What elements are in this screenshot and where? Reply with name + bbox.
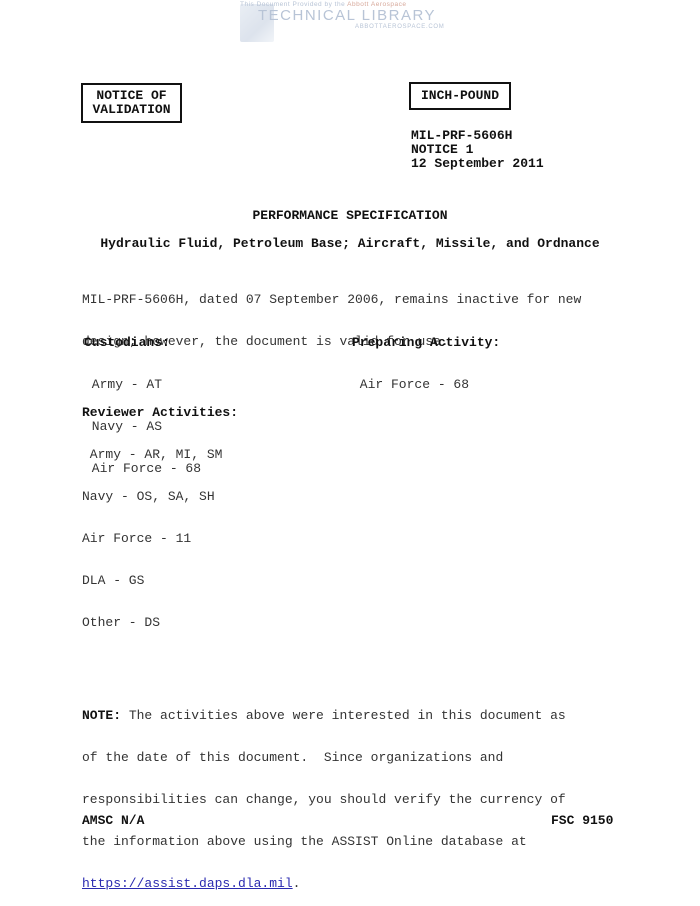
reviewer-item: Other - DS bbox=[82, 616, 238, 630]
watermark: This Document Provided by the Abbott Aer… bbox=[236, 0, 468, 46]
custodians-heading: Custodians: bbox=[84, 336, 201, 350]
notice-date: 12 September 2011 bbox=[411, 157, 544, 171]
spec-type-title: PERFORMANCE SPECIFICATION bbox=[0, 209, 700, 223]
inch-pound-box: INCH-POUND bbox=[409, 82, 511, 110]
amsc-code: AMSC N/A bbox=[82, 814, 144, 828]
note-text: . bbox=[293, 876, 301, 891]
fsc-code: FSC 9150 bbox=[551, 814, 613, 828]
preparing-activity-item: Air Force - 68 bbox=[352, 378, 500, 392]
reviewer-item: Navy - OS, SA, SH bbox=[82, 490, 238, 504]
note-text: the information above using the ASSIST O… bbox=[82, 835, 566, 849]
note-text: The activities above were interested in … bbox=[121, 708, 566, 723]
reviewer-item: Army - AR, MI, SM bbox=[82, 448, 238, 462]
note-section: NOTE: The activities above were interest… bbox=[82, 681, 566, 905]
note-label: NOTE: bbox=[82, 708, 121, 723]
reviewer-activities-heading: Reviewer Activities: bbox=[82, 406, 238, 420]
paragraph-line: MIL-PRF-5606H, dated 07 September 2006, … bbox=[82, 293, 581, 307]
document-identification: MIL-PRF-5606H NOTICE 1 12 September 2011 bbox=[411, 129, 544, 171]
notice-of-validation-box: NOTICE OF VALIDATION bbox=[81, 83, 182, 123]
note-text: responsibilities can change, you should … bbox=[82, 793, 566, 807]
reviewer-item: Air Force - 11 bbox=[82, 532, 238, 546]
preparing-activity-heading: Preparing Activity: bbox=[352, 336, 500, 350]
reviewer-item: DLA - GS bbox=[82, 574, 238, 588]
reviewer-activities-section: Reviewer Activities: Army - AR, MI, SM N… bbox=[82, 378, 238, 644]
preparing-activity-section: Preparing Activity: Air Force - 68 bbox=[352, 308, 500, 406]
notice-box-line1: NOTICE OF bbox=[92, 89, 171, 103]
notice-number: NOTICE 1 bbox=[411, 143, 544, 157]
watermark-site: ABBOTTAEROSPACE.COM bbox=[355, 24, 444, 30]
watermark-title: TECHNICAL LIBRARY bbox=[258, 7, 436, 24]
unit-system-label: INCH-POUND bbox=[421, 88, 499, 103]
note-text: of the date of this document. Since orga… bbox=[82, 751, 566, 765]
doc-id: MIL-PRF-5606H bbox=[411, 129, 544, 143]
spec-subject-title: Hydraulic Fluid, Petroleum Base; Aircraf… bbox=[0, 237, 700, 251]
assist-database-link[interactable]: https://assist.daps.dla.mil bbox=[82, 876, 293, 891]
notice-box-line2: VALIDATION bbox=[92, 103, 171, 117]
